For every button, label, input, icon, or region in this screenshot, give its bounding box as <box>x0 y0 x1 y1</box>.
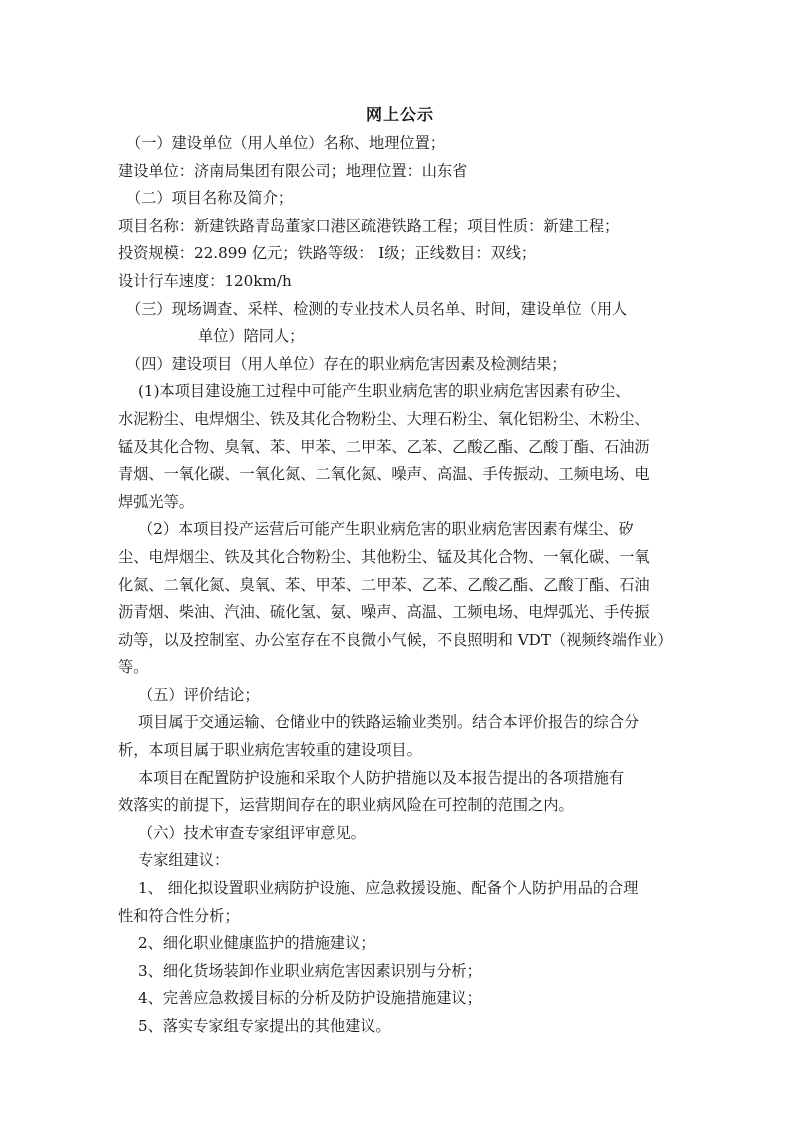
expert-advice-item-4: 4、完善应急救援目标的分析及防护设施措施建议； <box>118 985 686 1013</box>
hazard-construction-line: 水泥粉尘、电焊烟尘、铁及其化合物粉尘、大理石粉尘、氧化铝粉尘、木粉尘、 <box>118 406 686 434</box>
section-heading-5: （五）评价结论； <box>118 682 686 710</box>
hazard-operation-line: （2）本项目投产运营后可能产生职业病危害的职业病危害因素有煤尘、矽 <box>118 516 686 544</box>
document-body: （一）建设单位（用人单位）名称、地理位置； 建设单位：济南局集团有限公司；地理位… <box>118 130 686 1041</box>
conclusion-line: 项目属于交通运输、仓储业中的铁路运输业类别。结合本评价报告的综合分 <box>118 709 686 737</box>
conclusion-line: 效落实的前提下，运营期间存在的职业病风险在可控制的范围之内。 <box>118 792 686 820</box>
hazard-operation-line: 尘、电焊烟尘、铁及其化合物粉尘、其他粉尘、锰及其化合物、一氧化碳、一氧 <box>118 544 686 572</box>
section-heading-6: （六）技术审查专家组评审意见。 <box>118 820 686 848</box>
section-heading-2: （二）项目名称及简介； <box>118 185 686 213</box>
project-name-line: 项目名称：新建铁路青岛董家口港区疏港铁路工程；项目性质：新建工程； <box>118 213 686 241</box>
hazard-operation-line: 等。 <box>118 654 686 682</box>
section-heading-4: （四）建设项目（用人单位）存在的职业病危害因素及检测结果； <box>118 351 686 379</box>
section-heading-3-cont: 单位）陪同人； <box>118 323 686 351</box>
document-page: 网上公示 （一）建设单位（用人单位）名称、地理位置； 建设单位：济南局集团有限公… <box>0 0 800 1131</box>
hazard-operation-line: 化氮、二氧化氮、臭氧、苯、甲苯、二甲苯、乙苯、乙酸乙酯、乙酸丁酯、石油 <box>118 572 686 600</box>
design-speed-line: 设计行车速度：120km/h <box>118 268 686 296</box>
expert-advice-item-1: 1、 细化拟设置职业病防护设施、应急救援设施、配备个人防护用品的合理 <box>118 875 686 903</box>
hazard-operation-line: 动等，以及控制室、办公室存在不良微小气候，不良照明和 VDT（视频终端作业） <box>118 627 686 655</box>
expert-advice-item-2: 2、细化职业健康监护的措施建议； <box>118 930 686 958</box>
expert-advice-item-1-cont: 性和符合性分析； <box>118 903 686 931</box>
investment-line: 投资规模：22.899 亿元；铁路等级： Ⅰ级；正线数目：双线； <box>118 240 686 268</box>
document-title: 网上公示 <box>0 103 800 127</box>
conclusion-line: 析，本项目属于职业病危害较重的建设项目。 <box>118 737 686 765</box>
construction-unit-line: 建设单位：济南局集团有限公司；地理位置：山东省 <box>118 158 686 186</box>
section-heading-3: （三）现场调查、采样、检测的专业技术人员名单、时间，建设单位（用人 <box>118 296 686 324</box>
expert-advice-heading: 专家组建议： <box>118 847 686 875</box>
hazard-construction-line: (1)本项目建设施工过程中可能产生职业病危害的职业病危害因素有矽尘、 <box>118 378 686 406</box>
section-heading-1: （一）建设单位（用人单位）名称、地理位置； <box>118 130 686 158</box>
hazard-operation-line: 沥青烟、柴油、汽油、硫化氢、氨、噪声、高温、工频电场、电焊弧光、手传振 <box>118 599 686 627</box>
hazard-construction-line: 青烟、一氧化碳、一氧化氮、二氧化氮、噪声、高温、手传振动、工频电场、电 <box>118 461 686 489</box>
expert-advice-item-3: 3、细化货场装卸作业职业病危害因素识别与分析； <box>118 958 686 986</box>
hazard-construction-line: 焊弧光等。 <box>118 489 686 517</box>
hazard-construction-line: 锰及其化合物、臭氧、苯、甲苯、二甲苯、乙苯、乙酸乙酯、乙酸丁酯、石油沥 <box>118 434 686 462</box>
expert-advice-item-5: 5、落实专家组专家提出的其他建议。 <box>118 1013 686 1041</box>
conclusion-line: 本项目在配置防护设施和采取个人防护措施以及本报告提出的各项措施有 <box>118 765 686 793</box>
